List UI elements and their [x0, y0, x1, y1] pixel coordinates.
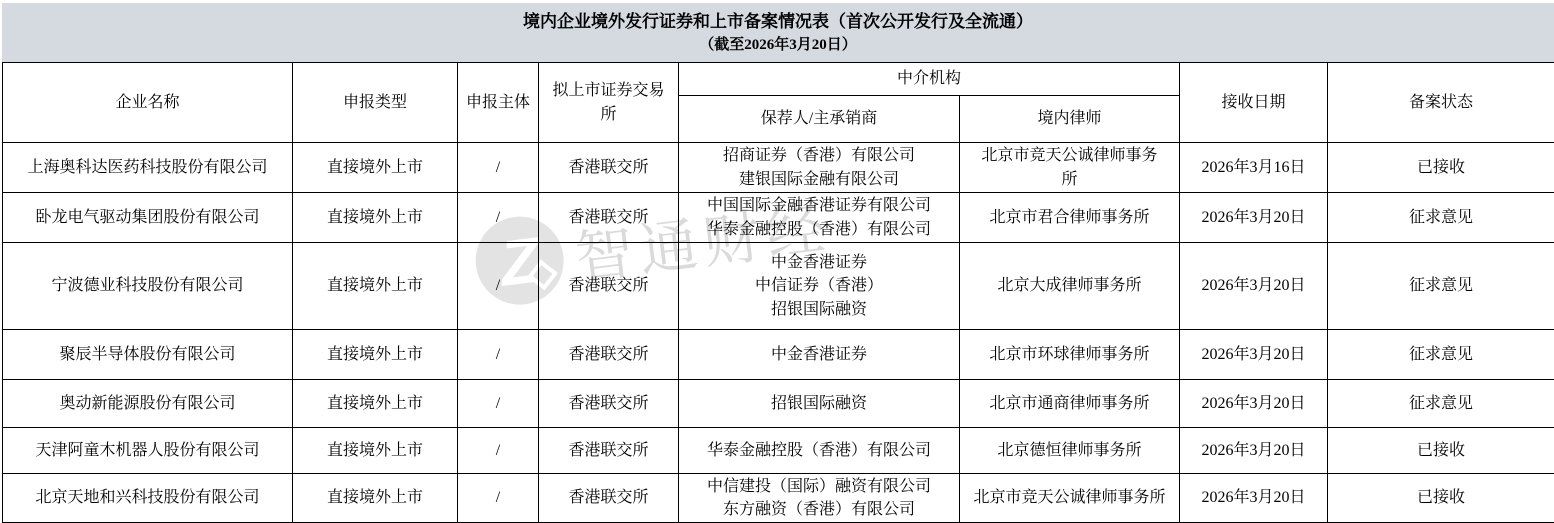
- cell-lawyer: 北京市竞天公诚律师事务所: [960, 474, 1180, 523]
- cell-lawyer: 北京市竞天公诚律师事务 所: [960, 143, 1180, 193]
- col-header-sponsor: 保荐人/主承销商: [679, 96, 960, 143]
- cell-sponsors: 中金香港证券: [679, 330, 960, 380]
- cell-filing-type: 直接境外上市: [293, 428, 458, 474]
- cell-company: 卧龙电气驱动集团股份有限公司: [3, 193, 293, 243]
- cell-status: 征求意见: [1328, 380, 1554, 428]
- col-header-exchange: 拟上市证券交易 所: [539, 63, 679, 143]
- cell-receive-date: 2026年3月20日: [1180, 243, 1328, 330]
- col-header-filing-status: 备案状态: [1328, 63, 1554, 143]
- table-row: 奥动新能源股份有限公司 直接境外上市 / 香港联交所 招银国际融资 北京市通商律…: [3, 380, 1554, 428]
- page-subtitle: （截至2026年3月20日）: [699, 35, 857, 56]
- cell-lawyer: 北京市君合律师事务所: [960, 193, 1180, 243]
- table-row: 宁波德业科技股份有限公司 直接境外上市 / 香港联交所 中金香港证券 中信证券（…: [3, 243, 1554, 330]
- cell-filing-entity: /: [458, 143, 539, 193]
- table-row: 卧龙电气驱动集团股份有限公司 直接境外上市 / 香港联交所 中国国际金融香港证券…: [3, 193, 1554, 243]
- cell-sponsors: 华泰金融控股（香港）有限公司: [679, 428, 960, 474]
- cell-filing-entity: /: [458, 380, 539, 428]
- cell-filing-entity: /: [458, 474, 539, 523]
- col-header-domestic-lawyer: 境内律师: [960, 96, 1180, 143]
- cell-filing-type: 直接境外上市: [293, 193, 458, 243]
- cell-sponsors: 招商证券（香港）有限公司 建银国际金融有限公司: [679, 143, 960, 193]
- cell-sponsors: 中金香港证券 中信证券（香港） 招银国际融资: [679, 243, 960, 330]
- cell-status: 已接收: [1328, 474, 1554, 523]
- cell-lawyer: 北京大成律师事务所: [960, 243, 1180, 330]
- cell-company: 聚辰半导体股份有限公司: [3, 330, 293, 380]
- cell-lawyer: 北京德恒律师事务所: [960, 428, 1180, 474]
- cell-filing-type: 直接境外上市: [293, 330, 458, 380]
- cell-status: 征求意见: [1328, 330, 1554, 380]
- col-header-intermediary-group: 中介机构: [679, 63, 1180, 96]
- cell-lawyer: 北京市环球律师事务所: [960, 330, 1180, 380]
- header-row-1: 企业名称 申报类型 申报主体 拟上市证券交易 所 中介机构 接收日期 备案状态: [3, 63, 1554, 96]
- cell-exchange: 香港联交所: [539, 474, 679, 523]
- col-header-filing-type: 申报类型: [293, 63, 458, 143]
- cell-exchange: 香港联交所: [539, 243, 679, 330]
- cell-receive-date: 2026年3月20日: [1180, 193, 1328, 243]
- col-header-receive-date: 接收日期: [1180, 63, 1328, 143]
- table-row: 上海奥科达医药科技股份有限公司 直接境外上市 / 香港联交所 招商证券（香港）有…: [3, 143, 1554, 193]
- cell-company: 上海奥科达医药科技股份有限公司: [3, 143, 293, 193]
- cell-sponsors: 招银国际融资: [679, 380, 960, 428]
- cell-receive-date: 2026年3月20日: [1180, 428, 1328, 474]
- cell-status: 已接收: [1328, 428, 1554, 474]
- cell-company: 天津阿童木机器人股份有限公司: [3, 428, 293, 474]
- cell-filing-entity: /: [458, 193, 539, 243]
- cell-exchange: 香港联交所: [539, 428, 679, 474]
- cell-filing-type: 直接境外上市: [293, 243, 458, 330]
- cell-exchange: 香港联交所: [539, 380, 679, 428]
- col-header-company: 企业名称: [3, 63, 293, 143]
- cell-status: 征求意见: [1328, 243, 1554, 330]
- cell-company: 宁波德业科技股份有限公司: [3, 243, 293, 330]
- table-title-banner: 境内企业境外发行证券和上市备案情况表（首次公开发行及全流通） （截至2026年3…: [2, 3, 1554, 62]
- table-row: 聚辰半导体股份有限公司 直接境外上市 / 香港联交所 中金香港证券 北京市环球律…: [3, 330, 1554, 380]
- cell-exchange: 香港联交所: [539, 143, 679, 193]
- page-title: 境内企业境外发行证券和上市备案情况表（首次公开发行及全流通）: [523, 9, 1033, 35]
- table-row: 天津阿童木机器人股份有限公司 直接境外上市 / 香港联交所 华泰金融控股（香港）…: [3, 428, 1554, 474]
- cell-receive-date: 2026年3月16日: [1180, 143, 1328, 193]
- cell-receive-date: 2026年3月20日: [1180, 474, 1328, 523]
- cell-company: 北京天地和兴科技股份有限公司: [3, 474, 293, 523]
- cell-company: 奥动新能源股份有限公司: [3, 380, 293, 428]
- cell-status: 征求意见: [1328, 193, 1554, 243]
- cell-filing-entity: /: [458, 428, 539, 474]
- cell-filing-type: 直接境外上市: [293, 474, 458, 523]
- cell-receive-date: 2026年3月20日: [1180, 380, 1328, 428]
- filing-report-page: 境内企业境外发行证券和上市备案情况表（首次公开发行及全流通） （截至2026年3…: [0, 0, 1554, 523]
- cell-receive-date: 2026年3月20日: [1180, 330, 1328, 380]
- cell-filing-type: 直接境外上市: [293, 380, 458, 428]
- cell-filing-entity: /: [458, 243, 539, 330]
- cell-exchange: 香港联交所: [539, 330, 679, 380]
- table-row: 北京天地和兴科技股份有限公司 直接境外上市 / 香港联交所 中信建投（国际）融资…: [3, 474, 1554, 523]
- cell-filing-entity: /: [458, 330, 539, 380]
- filing-table: 企业名称 申报类型 申报主体 拟上市证券交易 所 中介机构 接收日期 备案状态 …: [2, 62, 1554, 523]
- cell-lawyer: 北京市通商律师事务所: [960, 380, 1180, 428]
- cell-exchange: 香港联交所: [539, 193, 679, 243]
- cell-status: 已接收: [1328, 143, 1554, 193]
- cell-sponsors: 中信建投（国际）融资有限公司 东方融资（香港）有限公司: [679, 474, 960, 523]
- cell-filing-type: 直接境外上市: [293, 143, 458, 193]
- cell-sponsors: 中国国际金融香港证券有限公司 华泰金融控股（香港）有限公司: [679, 193, 960, 243]
- col-header-filing-entity: 申报主体: [458, 63, 539, 143]
